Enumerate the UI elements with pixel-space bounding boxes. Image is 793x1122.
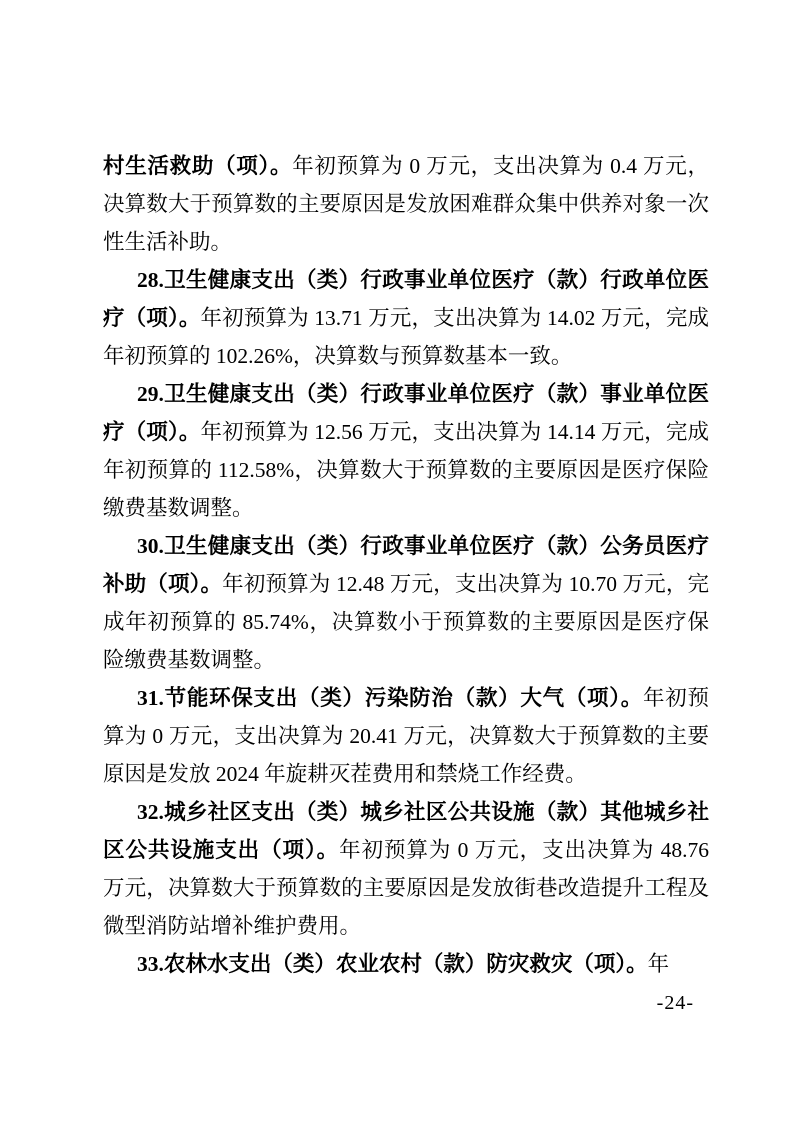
paragraph-heading: 31.节能环保支出（类）污染防治（款）大气（项）。 [137, 686, 643, 710]
paragraph-item32: 32.城乡社区支出（类）城乡社区公共设施（款）其他城乡社区公共设施支出（项）。年… [103, 793, 709, 945]
paragraph-heading: 33.农林水支出（类）农业农村（款）防灾救灾（项）。 [137, 952, 648, 976]
paragraph-item30: 30.卫生健康支出（类）行政事业单位医疗（款）公务员医疗补助（项）。年初预算为 … [103, 527, 709, 679]
paragraph-item29: 29.卫生健康支出（类）行政事业单位医疗（款）事业单位医疗（项）。年初预算为 1… [103, 375, 709, 527]
paragraph-item31: 31.节能环保支出（类）污染防治（款）大气（项）。年初预算为 0 万元，支出决算… [103, 679, 709, 793]
paragraph-item27-continuation: 村生活救助（项）。年初预算为 0 万元，支出决算为 0.4 万元，决算数大于预算… [103, 147, 709, 261]
paragraph-heading: 村生活救助（项）。 [103, 154, 292, 178]
page-body: 村生活救助（项）。年初预算为 0 万元，支出决算为 0.4 万元，决算数大于预算… [103, 147, 709, 983]
paragraph-item28: 28.卫生健康支出（类）行政事业单位医疗（款）行政单位医疗（项）。年初预算为 1… [103, 261, 709, 375]
page-number: -24- [657, 991, 694, 1015]
document-page: 村生活救助（项）。年初预算为 0 万元，支出决算为 0.4 万元，决算数大于预算… [0, 0, 793, 1122]
paragraph-item33: 33.农林水支出（类）农业农村（款）防灾救灾（项）。年 [103, 945, 709, 983]
paragraph-text: 年 [648, 952, 670, 976]
